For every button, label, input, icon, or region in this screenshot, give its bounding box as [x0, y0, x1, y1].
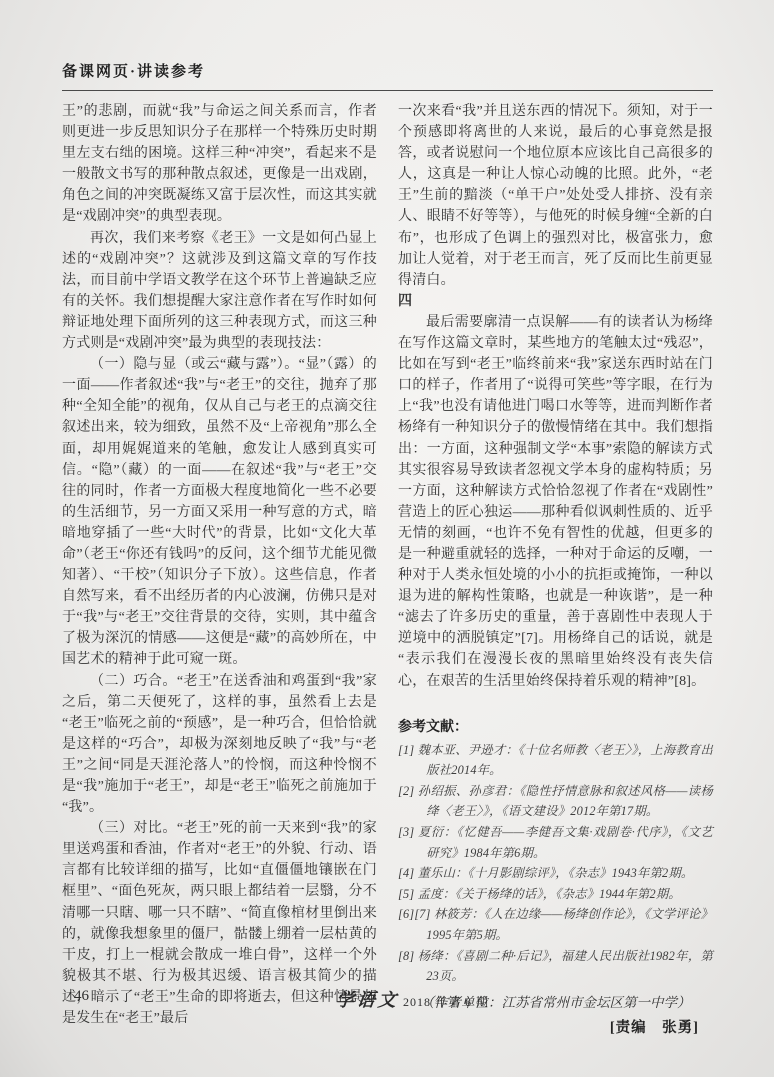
right-column-body: 最后需要廓清一点误解——有的读者认为杨绛在写作这篇文章时，某些地方的笔触太过“残… — [398, 312, 713, 692]
article-columns: 王”的悲剧，而就“我”与命运之间关系而言，作者则更进一步反思知识分子在那样一个特… — [62, 101, 714, 1041]
header-section-label: 备课网页·讲读参考 — [62, 60, 205, 81]
left-column: 王”的悲剧，而就“我”与命运之间关系而言，作者则更进一步反思知识分子在那样一个特… — [62, 101, 377, 1041]
paragraph: 最后需要廓清一点误解——有的读者认为杨绛在写作这篇文章时，某些地方的笔触太过“残… — [398, 312, 713, 692]
references-list: [1] 魏本亚、尹逊才：《十位名师教〈老王〉》，上海教育出版社2014年。[2]… — [398, 740, 713, 987]
reference-item: [3] 夏衍：《忆健吾——李健吾文集·戏剧卷·代序》，《文艺研究》1984年第6… — [398, 822, 713, 863]
editor-credit: [责编 张勇] — [398, 1015, 713, 1041]
reference-item: [4] 董乐山：《十月影剧综评》，《杂志》1943年第2期。 — [398, 863, 713, 884]
references-title: 参考文献： — [398, 717, 713, 738]
reference-item: [5] 孟度：《关于杨绛的话》，《杂志》1944年第2期。 — [398, 884, 713, 905]
right-column-top: 一次来看“我”并且送东西的情况下。须知，对于一个预感即将离世的人来说，最后的心事… — [398, 101, 713, 291]
paragraph: 再次，我们来考察《老王》一文是如何凸显上述的“戏剧冲突”？这就涉及到这篇文章的写… — [62, 228, 377, 355]
paragraph: 一次来看“我”并且送东西的情况下。须知，对于一个预感即将离世的人来说，最后的心事… — [398, 101, 713, 291]
page-number: 46 — [74, 988, 89, 1005]
right-column: 一次来看“我”并且送东西的情况下。须知，对于一个预感即将离世的人来说，最后的心事… — [398, 101, 713, 1041]
reference-item: [8] 杨绛：《喜剧二种·后记》，福建人民出版社1982年，第23页。 — [398, 946, 713, 987]
reference-item: [1] 魏本亚、尹逊才：《十位名师教〈老王〉》，上海教育出版社2014年。 — [398, 740, 713, 781]
journal-logo: 学语文 — [335, 986, 401, 1012]
paragraph: （二）巧合。“老王”在送香油和鸡蛋到“我”家之后，第二天便死了，这样的事，虽然看… — [62, 671, 377, 819]
journal-issue: 2018 年第 6 期 — [403, 995, 489, 1009]
header-divider — [62, 90, 713, 91]
reference-item: [6][7] 林筱芳：《人在边缘——杨绛创作论》，《文学评论》1995年第5期。 — [398, 904, 713, 945]
paragraph: （三）对比。“老王”死的前一天来到“我”的家里送鸡蛋和香油，作者对“老王”的外貌… — [62, 818, 377, 1029]
section-heading: 四 — [398, 291, 713, 312]
paragraph: 王”的悲剧，而就“我”与命运之间关系而言，作者则更进一步反思知识分子在那样一个特… — [62, 101, 377, 228]
footer-journal: 学语文2018 年第 6 期 — [336, 986, 489, 1012]
journal-page: 备课网页·讲读参考 王”的悲剧，而就“我”与命运之间关系而言，作者则更进一步反思… — [0, 0, 774, 1077]
paragraph: （一）隐与显（或云“藏与露”）。“显”（露）的一面——作者叙述“我”与“老王”的… — [62, 354, 377, 670]
reference-item: [2] 孙绍振、孙彦君：《隐性抒情意脉和叙述风格——读杨绛〈老王〉》，《语文建设… — [398, 781, 713, 822]
